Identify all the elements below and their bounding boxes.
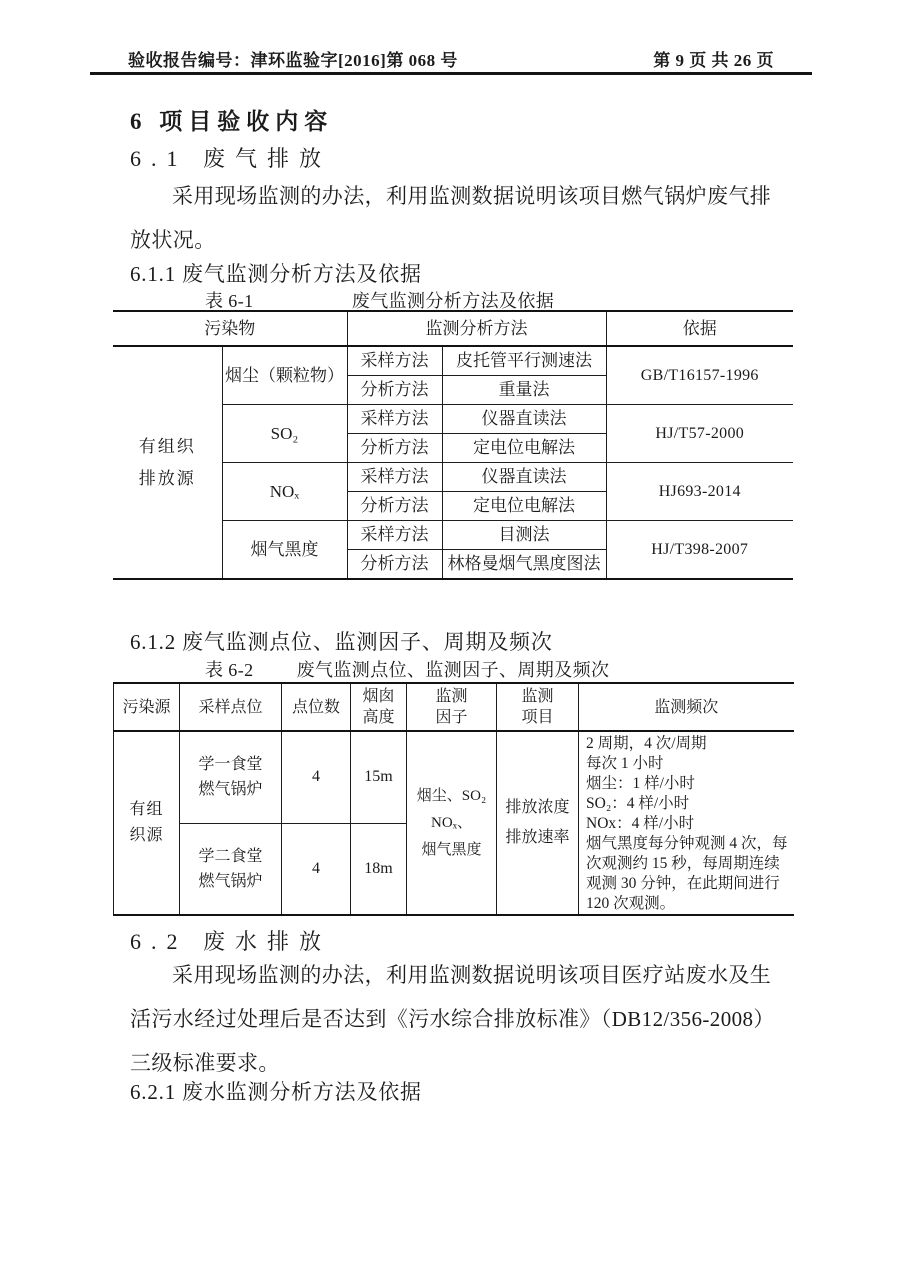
t1-header-method: 监测分析方法: [347, 311, 606, 346]
t1-sample-method-nox: 仪器直读法: [442, 463, 606, 492]
t2-header-count: 点位数: [282, 683, 351, 731]
t1-pollutant-smoke: 烟尘（颗粒物）: [222, 346, 347, 405]
t2-header-source: 污染源: [114, 683, 180, 731]
t2-header-point: 采样点位: [180, 683, 282, 731]
t1-basis-so2: HJ/T57-2000: [606, 405, 793, 463]
section-heading-6: 6 项目验收内容: [130, 106, 333, 138]
t1-sample-method-so2: 仪器直读法: [442, 405, 606, 434]
table-6-2-caption: 表 6-2 废气监测点位、监测因子、周期及频次: [113, 656, 793, 678]
table-6-2-caption-label: 表 6-2: [205, 656, 254, 682]
t1-source-cell: 有组织 排放源: [113, 346, 222, 579]
t1-basis-blackness: HJ/T398-2007: [606, 521, 793, 580]
t1-header-basis: 依据: [606, 311, 793, 346]
t1-sample-label-blackness: 采样方法: [347, 521, 442, 550]
t2-header-frequency: 监测频次: [579, 683, 794, 731]
t1-analysis-method-so2: 定电位电解法: [442, 434, 606, 463]
t2-header-factor: 监测 因子: [407, 683, 497, 731]
page-header: 验收报告编号：津环监验字[2016]第 068 号 第 9 页 共 26 页: [128, 46, 774, 71]
t2-header-stack-height: 烟囱 高度: [351, 683, 407, 731]
paragraph-6-1: 采用现场监测的办法，利用监测数据说明该项目燃气锅炉废气排 放状况。: [130, 174, 778, 262]
page-indicator: 第 9 页 共 26 页: [653, 46, 774, 71]
t2-height-boiler1: 15m: [351, 731, 407, 823]
t1-analysis-label-smoke: 分析方法: [347, 376, 442, 405]
section-heading-6-1-2: 6.1.2 废气监测点位、监测因子、周期及频次: [130, 627, 553, 657]
header-rule: [90, 72, 812, 75]
section-heading-6-1-1: 6.1.1 废气监测分析方法及依据: [130, 259, 422, 289]
report-number: 验收报告编号：津环监验字[2016]第 068 号: [128, 46, 458, 71]
t1-pollutant-so2: SO₂: [222, 405, 347, 463]
t1-analysis-label-nox: 分析方法: [347, 492, 442, 521]
t1-analysis-method-nox: 定电位电解法: [442, 492, 606, 521]
t1-basis-nox: HJ693-2014: [606, 463, 793, 521]
t2-count-boiler2: 4: [282, 823, 351, 915]
t2-header-item: 监测 项目: [497, 683, 579, 731]
t1-analysis-label-blackness: 分析方法: [347, 550, 442, 580]
section-heading-6-1: 6.1 废气排放: [130, 144, 331, 174]
paragraph-6-2: 采用现场监测的办法，利用监测数据说明该项目医疗站废水及生 活污水经过处理后是否达…: [130, 953, 778, 1085]
t1-basis-smoke: GB/T16157-1996: [606, 346, 793, 405]
t2-source-cell: 有组 织源: [114, 731, 180, 915]
section-heading-6-2-1: 6.2.1 废水监测分析方法及依据: [130, 1077, 422, 1107]
t2-frequency-cell: 2 周期，4 次/周期 每次 1 小时 烟尘：1 样/小时 SO₂：4 样/小时…: [579, 731, 794, 915]
t1-analysis-method-smoke: 重量法: [442, 376, 606, 405]
t1-sample-label-smoke: 采样方法: [347, 346, 442, 376]
t1-pollutant-blackness: 烟气黑度: [222, 521, 347, 580]
t1-sample-label-nox: 采样方法: [347, 463, 442, 492]
t2-factors-cell: 烟尘、SO₂ NOₓ、 烟气黑度: [407, 731, 497, 915]
t1-header-pollutant: 污染物: [113, 311, 347, 346]
t1-analysis-label-so2: 分析方法: [347, 434, 442, 463]
document-page: 验收报告编号：津环监验字[2016]第 068 号 第 9 页 共 26 页 6…: [0, 0, 900, 1272]
t2-point-boiler2: 学二食堂 燃气锅炉: [180, 823, 282, 915]
table-6-1-caption: 表 6-1 废气监测分析方法及依据: [113, 287, 793, 309]
t1-pollutant-nox: NOₓ: [222, 463, 347, 521]
t1-sample-method-smoke: 皮托管平行测速法: [442, 346, 606, 376]
t2-point-boiler1: 学一食堂 燃气锅炉: [180, 731, 282, 823]
t2-items-cell: 排放浓度 排放速率: [497, 731, 579, 915]
t2-count-boiler1: 4: [282, 731, 351, 823]
table-6-2: 污染源 采样点位 点位数 烟囱 高度 监测 因子 监测 项目 监测频次 有组 织…: [113, 682, 794, 916]
t2-height-boiler2: 18m: [351, 823, 407, 915]
table-6-1: 污染物 监测分析方法 依据 有组织 排放源 烟尘（颗粒物） 采样方法 皮托管平行…: [113, 310, 793, 580]
t1-analysis-method-blackness: 林格曼烟气黑度图法: [442, 550, 606, 580]
t1-sample-method-blackness: 目测法: [442, 521, 606, 550]
t1-sample-label-so2: 采样方法: [347, 405, 442, 434]
